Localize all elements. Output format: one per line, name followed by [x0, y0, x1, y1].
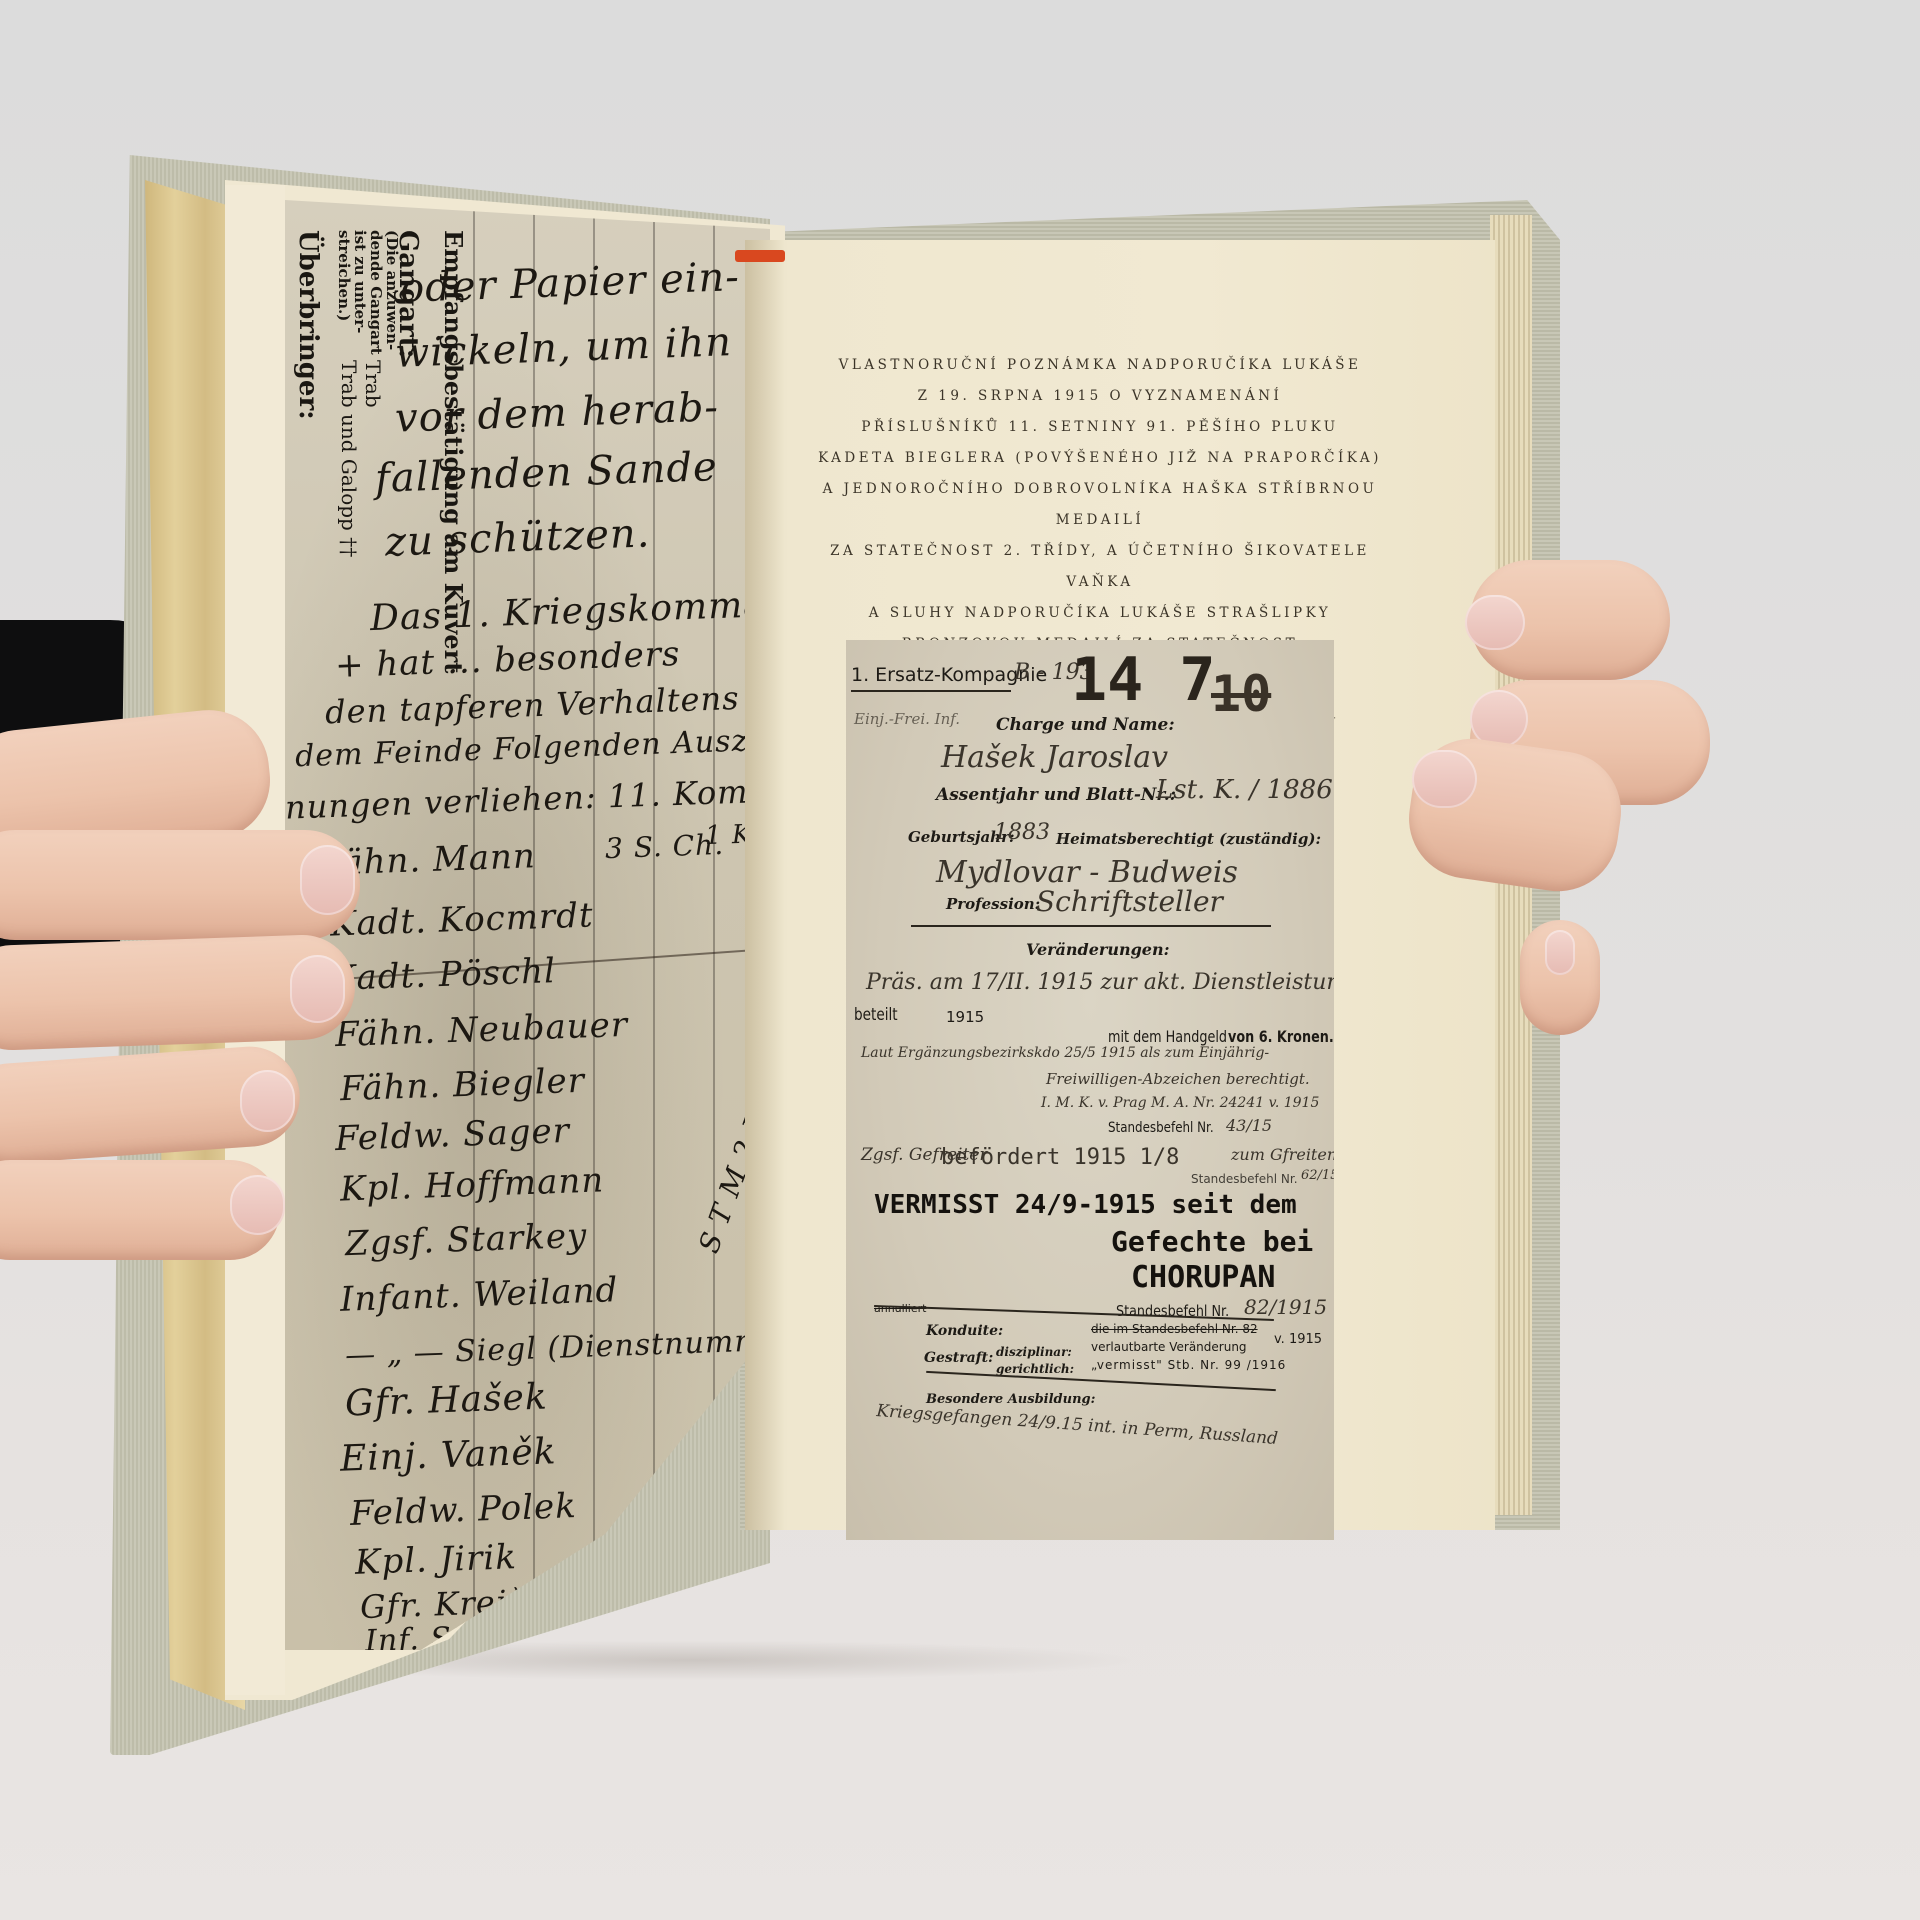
value-beteilt-year: 1915 [946, 1008, 984, 1026]
right-nail-little [1545, 930, 1575, 975]
left-nail-extra [230, 1175, 285, 1235]
label-standesbefehl-1: Standesbefehl Nr. [1108, 1120, 1214, 1136]
right-nail-ring [1412, 750, 1477, 808]
value-assentjahr: Lst. K. / 1886 [1156, 775, 1333, 805]
label-kronen: von 6. Kronen. [1228, 1027, 1334, 1046]
caption-line: KADETA BIEGLERA (POVÝŠENÉHO JIŽ NA PRAPO… [800, 443, 1400, 474]
label-befoerdert: befördert 1915 1/8 [941, 1145, 1179, 1170]
text-vermisst: „vermisst" Stb. Nr. 99 /1916 [1091, 1358, 1286, 1372]
hand-line-1: Präs. am 17/II. 1915 zur akt. Dienstleis… [866, 970, 1334, 995]
value-standesbefehl-1: 43/15 [1226, 1116, 1272, 1135]
text-v1915: v. 1915 [1274, 1332, 1322, 1347]
caption-line: PŘÍSLUŠNÍKŮ 11. SETNINY 91. PĚŠÍHO PLUKU [800, 412, 1400, 443]
label-annulliert: annulliert [874, 1302, 926, 1315]
stamp-number: 14 7 [1071, 645, 1216, 715]
stamp-gefechte: Gefechte bei [1111, 1225, 1313, 1258]
right-nail-index [1465, 595, 1525, 650]
value-name: Hašek Jaroslav [941, 740, 1168, 775]
rule [926, 1371, 1276, 1391]
gangart-option-trab: Trab [361, 360, 385, 408]
caption-line: A SLUHY NADPORUČÍKA LUKÁŠE STRAŠLIPKY [800, 598, 1400, 629]
hand-line: Kpl. Jirik [354, 1537, 517, 1583]
hand-line: Feldw. Sager [334, 1111, 570, 1159]
left-nail-little [240, 1070, 295, 1132]
hand-line-3: Freiwilligen-Abzeichen berechtigt. [1046, 1070, 1310, 1088]
label-beteilt: beteilt [854, 1005, 898, 1025]
struck-number: 10 [1211, 665, 1271, 723]
value-profession: Schriftsteller [1036, 885, 1223, 918]
label-konduite: Konduite: [926, 1323, 1003, 1339]
hand-line-hasek: Gfr. Hašek [344, 1376, 548, 1424]
struck-text: die im Standesbefehl Nr. 82 [1091, 1322, 1258, 1336]
value-standesbefehl-2: 62/15 [1301, 1168, 1334, 1183]
label-handgeld: mit dem Handgeld [1108, 1027, 1227, 1046]
rule [911, 925, 1271, 927]
hand-line-4: I. M. K. v. Prag M. A. Nr. 24241 v. 1915 [1041, 1095, 1319, 1111]
army-record-card: 1. Ersatz-Kompagnie B - 193 14 7 10 Einj… [846, 640, 1334, 1540]
hand-befoerdert-suffix: zum Gfreiten [1231, 1145, 1334, 1164]
label-gestraft: Gestraft: [924, 1350, 993, 1366]
label-charge-name: Charge und Name: [996, 715, 1175, 735]
hand-line: Fähn. Biegler [339, 1061, 585, 1110]
caption-line: Z 19. SRPNA 1915 O VYZNAMENÁNÍ [800, 381, 1400, 412]
label-disziplinar: disziplinar: [996, 1345, 1072, 1359]
hand-line: Feldw. Polek [349, 1486, 577, 1534]
caption-line: A JEDNOROČNÍHO DOBROVOLNÍKA HAŠKA STŘÍBR… [800, 474, 1400, 536]
text-verlautbarte: verlautbarte Veränderung [1091, 1340, 1247, 1354]
gangart-option-galopp: Trab und Galopp †† [337, 360, 361, 557]
gangart-note-3: ist zu unter- [351, 230, 369, 333]
gangart-note-4: streichen.) [335, 230, 353, 321]
label-besondere: Besondere Ausbildung: [926, 1392, 1095, 1407]
value-standesbefehl-3: 82/1915 [1244, 1295, 1327, 1319]
margin-note: Einj.-Frei. Inf. [854, 710, 960, 728]
hand-line-vanek: Einj. Vaněk [339, 1431, 557, 1480]
label-profession: Profession: [946, 895, 1040, 913]
gutter-shadow [745, 240, 785, 1530]
caption-line: ZA STATEČNOST 2. TŘÍDY, A ÚČETNÍHO ŠIKOV… [800, 536, 1400, 598]
stamp-location: CHORUPAN [1131, 1260, 1276, 1295]
hand-bottom: Kriegsgefangen 24/9.15 int. in Perm, Rus… [876, 1401, 1279, 1449]
label-heimat: Heimatsberechtigt (zuständig): [1056, 830, 1321, 848]
label-assentjahr: Assentjahr und Blatt-Nr.: [936, 785, 1176, 805]
gangart-note-2: dende Gangart [367, 230, 385, 355]
hand-line: zu schützen. [384, 510, 651, 565]
left-nail-ring [290, 955, 345, 1023]
label-veraenderungen: Veränderungen: [1026, 940, 1170, 959]
label-ueberbringer: Überbringer: [293, 230, 323, 420]
hand-line: Kadt. Pöschl [329, 951, 556, 999]
red-headband [735, 250, 785, 262]
caption-line: VLASTNORUČNÍ POZNÁMKA NADPORUČÍKA LUKÁŠE [800, 350, 1400, 381]
stamp-vermisst: VERMISST 24/9-1915 seit dem [874, 1190, 1297, 1220]
label-gerichtlich: gerichtlich: [996, 1362, 1074, 1376]
value-geburtsjahr: 1883 [994, 820, 1050, 845]
left-nail-middle [300, 845, 355, 915]
label-standesbefehl-2: Standesbefehl Nr. [1191, 1172, 1298, 1186]
rule [851, 690, 1011, 692]
hand-line: Zgsf. Starkey [344, 1216, 587, 1264]
hand-line-2: Laut Ergänzungsbezirkskdo 25/5 1915 als … [861, 1045, 1269, 1061]
